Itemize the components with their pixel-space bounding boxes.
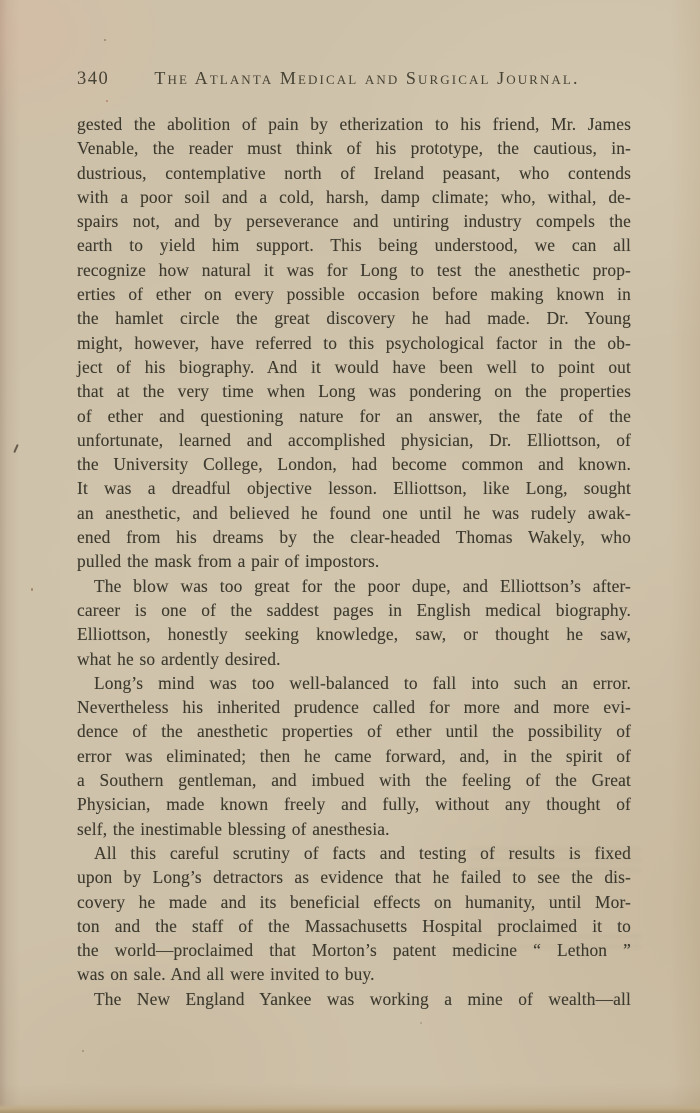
text-line: ject of his biography. And it would have… — [77, 355, 631, 379]
text-line: erties of ether on every possible occasi… — [77, 282, 631, 306]
text-line: Nevertheless his inherited prudence call… — [77, 695, 631, 719]
text-line: the University College, London, had beco… — [77, 452, 631, 476]
text-line: might, however, have referred to this ps… — [77, 331, 631, 355]
text-line: with a poor soil and a cold, harsh, damp… — [77, 185, 631, 209]
text-line: covery he made and its beneficial effect… — [77, 890, 631, 914]
text-line: Physician, made known freely and fully, … — [77, 792, 631, 816]
text-line: pulled the mask from a pair of impostors… — [77, 549, 631, 573]
text-line: The New England Yankee was working a min… — [77, 987, 631, 1011]
ink-speck — [104, 39, 106, 41]
text-line: the world—proclaimed that Morton’s paten… — [77, 938, 631, 962]
text-line: It was a dreadful objective lesson. Elli… — [77, 476, 631, 500]
text-line: of ether and questioning nature for an a… — [77, 404, 631, 428]
book-page-scan: 340 The Atlanta Medical and Surgical Jou… — [0, 0, 700, 1113]
text-line: unfortunate, learned and accomplished ph… — [77, 428, 631, 452]
page-header: 340 The Atlanta Medical and Surgical Jou… — [77, 68, 631, 94]
text-line: recognize how natural it was for Long to… — [77, 258, 631, 282]
text-line: ened from his dreams by the clear-headed… — [77, 525, 631, 549]
ink-speck — [420, 1022, 422, 1024]
pen-mark — [13, 444, 18, 453]
text-line: that at the very time when Long was pond… — [77, 379, 631, 403]
text-line: spairs not, and by perseverance and unti… — [77, 209, 631, 233]
text-line: Venable, the reader must think of his pr… — [77, 136, 631, 160]
text-line: earth to yield him support. This being u… — [77, 233, 631, 257]
text-line: Elliottson, honestly seeking knowledge, … — [77, 622, 631, 646]
ink-speck — [31, 588, 33, 591]
text-line: All this careful scrutiny of facts and t… — [77, 841, 631, 865]
text-line: upon by Long’s detractors as evidence th… — [77, 865, 631, 889]
ink-speck — [106, 100, 108, 102]
scan-bottom-edge — [0, 1104, 700, 1113]
text-line: ton and the staff of the Massachusetts H… — [77, 914, 631, 938]
text-line: the hamlet circle the great discovery he… — [77, 306, 631, 330]
ink-speck — [82, 1050, 84, 1052]
text-line: dence of the anesthetic properties of et… — [77, 719, 631, 743]
text-line: Long’s mind was too well-balanced to fal… — [77, 671, 631, 695]
text-line: dustrious, contemplative north of Irelan… — [77, 161, 631, 185]
text-line: a Southern gentleman, and imbued with th… — [77, 768, 631, 792]
journal-title: The Atlanta Medical and Surgical Journal… — [77, 68, 631, 89]
text-line: The blow was too great for the poor dupe… — [77, 574, 631, 598]
text-line: gested the abolition of pain by etheriza… — [77, 112, 631, 136]
text-line: was on sale. And all were invited to buy… — [77, 962, 631, 986]
text-line: an anesthetic, and believed he found one… — [77, 501, 631, 525]
text-line: career is one of the saddest pages in En… — [77, 598, 631, 622]
page-text: gested the abolition of pain by etheriza… — [77, 112, 631, 1011]
text-line: what he so ardently desired. — [77, 647, 631, 671]
text-line: error was eliminated; then he came forwa… — [77, 744, 631, 768]
text-line: self, the inestimable blessing of anesth… — [77, 817, 631, 841]
page-number: 340 — [77, 69, 109, 90]
